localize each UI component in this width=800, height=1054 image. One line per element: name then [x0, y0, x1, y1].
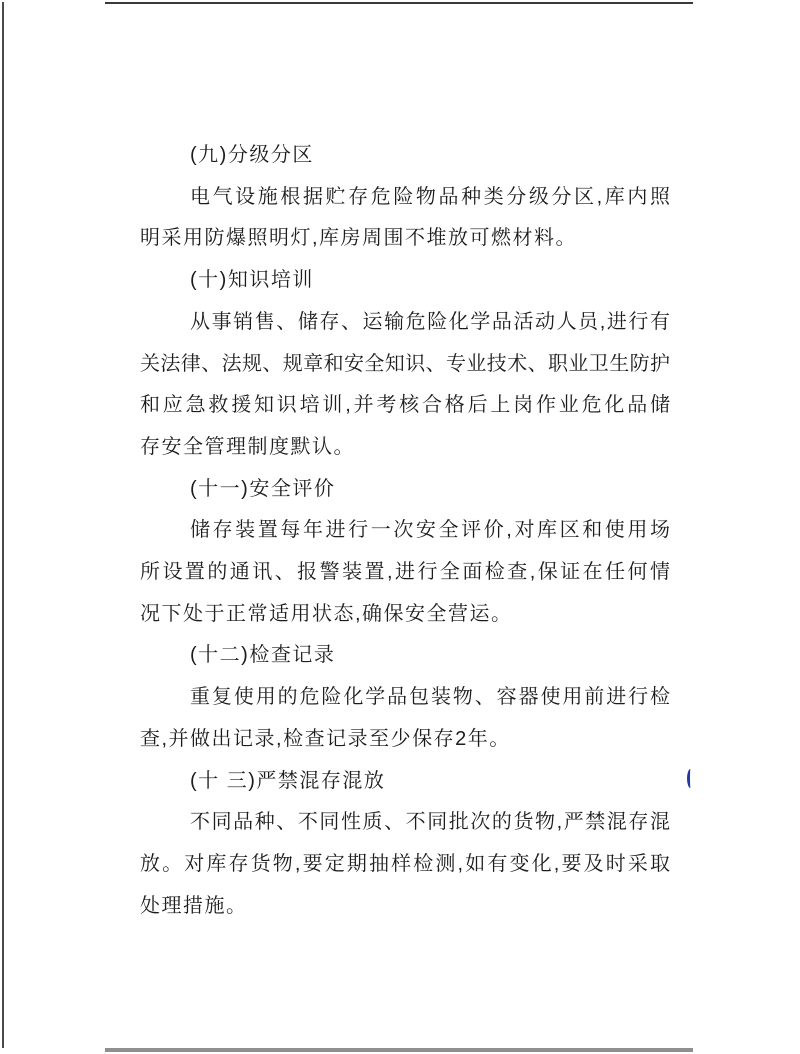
section-heading: (十 三)严禁混存混放 — [140, 761, 670, 803]
document-text-block: (九)分级分区 电气设施根据贮存危险物品种类分级分区,库内照 明采用防爆照明灯,… — [140, 135, 670, 927]
document-page: (九)分级分区 电气设施根据贮存危险物品种类分级分区,库内照 明采用防爆照明灯,… — [0, 0, 800, 1054]
section-heading: (十二)检查记录 — [140, 635, 670, 677]
paragraph-line: 不同品种、不同性质、不同批次的货物,严禁混存混 — [140, 802, 670, 844]
page-border-left — [2, 2, 4, 1048]
paragraph-line: 从事销售、储存、运输危险化学品活动人员,进行有 — [140, 302, 670, 344]
paragraph-line: 和应急救援知识培训,并考核合格后上岗作业危化品储 — [140, 385, 670, 427]
paragraph-line: 所设置的通讯、报警装置,进行全面检查,保证在任何情 — [140, 552, 670, 594]
section-heading: (九)分级分区 — [140, 135, 670, 177]
paragraph-line: 查,并做出记录,检查记录至少保存2年。 — [140, 719, 670, 761]
paragraph-line: 储存装置每年进行一次安全评价,对库区和使用场 — [140, 510, 670, 552]
paragraph-line: 电气设施根据贮存危险物品种类分级分区,库内照 — [140, 177, 670, 219]
paragraph-line: 关法律、法规、规章和安全知识、专业技术、职业卫生防护 — [140, 344, 670, 386]
paragraph-line: 重复使用的危险化学品包装物、容器使用前进行检 — [140, 677, 670, 719]
page-border-bottom — [105, 1048, 693, 1052]
paragraph-line: 明采用防爆照明灯,库房周围不堆放可燃材料。 — [140, 218, 670, 260]
blue-ink-mark — [687, 769, 694, 788]
paragraph-line: 放。对库存货物,要定期抽样检测,如有变化,要及时采取 — [140, 844, 670, 886]
paragraph-line: 处理措施。 — [140, 886, 670, 928]
section-heading: (十)知识培训 — [140, 260, 670, 302]
paragraph-line: 况下处于正常适用状态,确保安全营运。 — [140, 594, 670, 636]
section-heading: (十一)安全评价 — [140, 469, 670, 511]
page-border-top — [105, 2, 693, 4]
paragraph-line: 存安全管理制度默认。 — [140, 427, 670, 469]
